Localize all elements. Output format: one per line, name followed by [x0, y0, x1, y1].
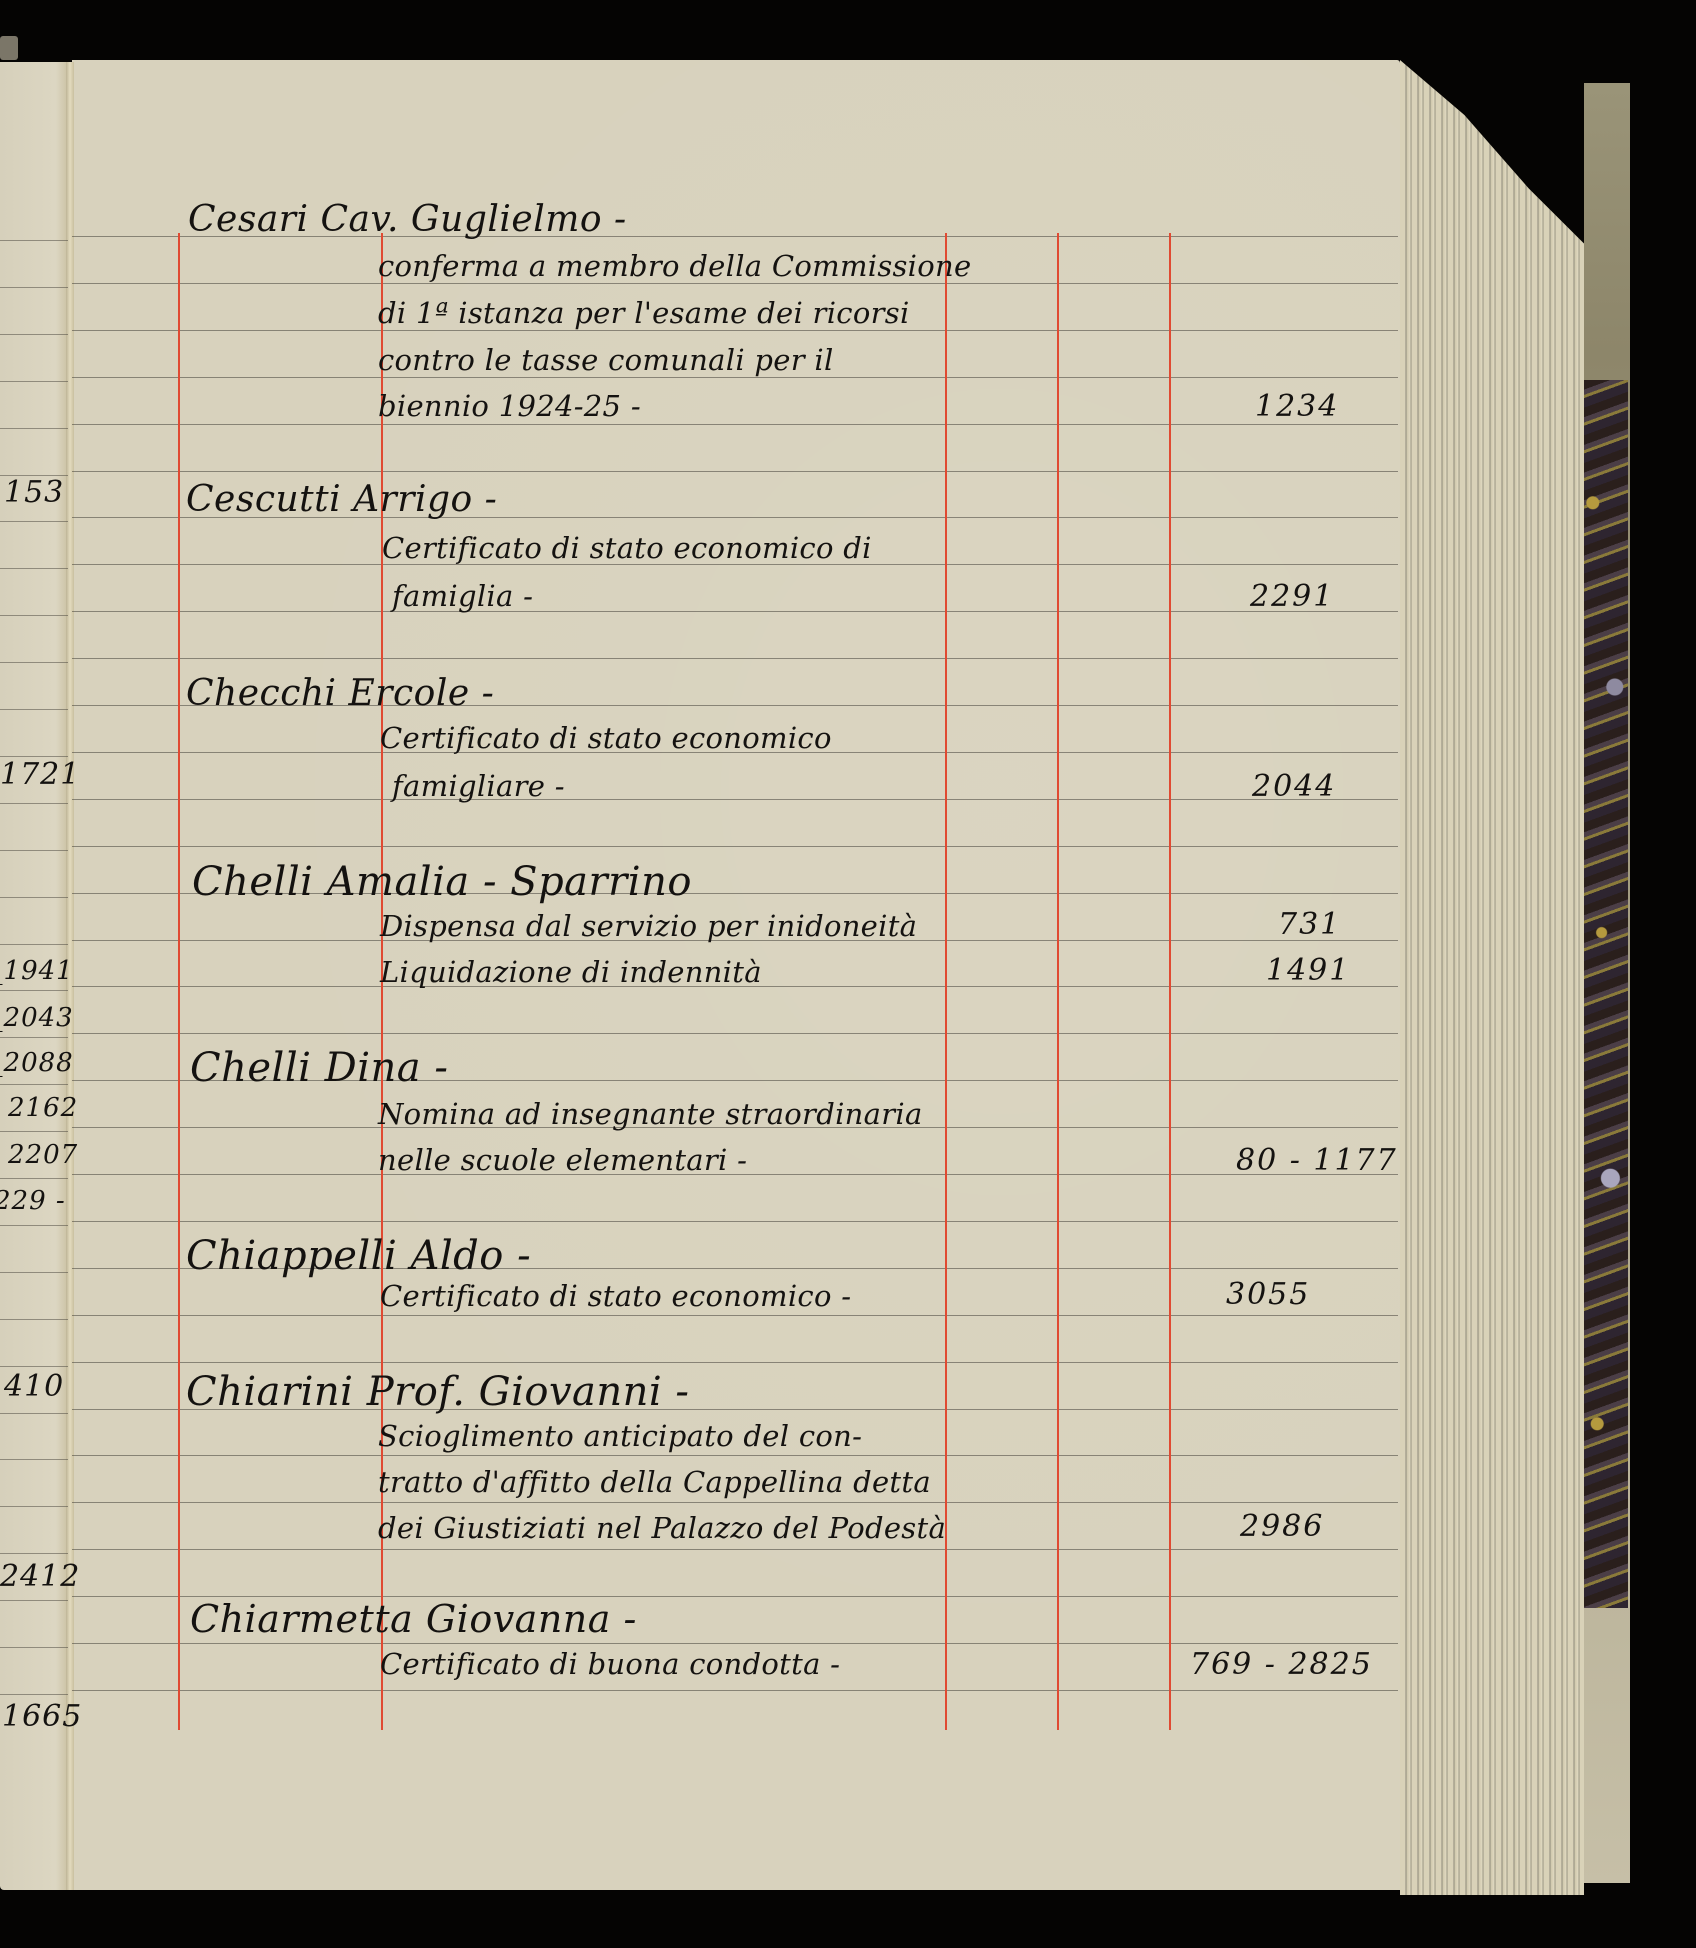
left-fragment: 2_2043: [0, 1005, 74, 1031]
entry-description-line: famiglia -: [392, 582, 533, 611]
entry-reference-number: 731: [1278, 910, 1341, 940]
ruled-line-left-page: [0, 1319, 68, 1320]
entry-name: Chelli Dina -: [190, 1048, 448, 1088]
ruled-line: [72, 658, 1398, 659]
ruled-line-left-page: [0, 1459, 68, 1460]
entry-name: Checchi Ercole -: [186, 676, 494, 712]
entry-description-line: Certificato di buona condotta -: [380, 1650, 840, 1679]
ruled-line-left-page: [0, 897, 68, 898]
entry-description-line: dei Giustiziati nel Palazzo del Podestà: [378, 1514, 946, 1543]
ruled-line-left-page: [0, 1647, 68, 1648]
entry-description-line: biennio 1924-25 -: [378, 392, 641, 421]
entry-description-line: tratto d'affitto della Cappellina detta: [378, 1468, 931, 1497]
ruled-line-left-page: [0, 990, 68, 991]
ruled-line-left-page: [0, 568, 68, 569]
entry-description-line: Certificato di stato economico -: [380, 1282, 851, 1311]
entry-description-line: di 1ª istanza per l'esame dei ricorsi: [378, 299, 910, 328]
left-fragment: 2162: [8, 1095, 78, 1121]
ruled-line: [72, 1455, 1398, 1456]
ruled-line: [72, 1315, 1398, 1316]
left-cover-scrap: [0, 36, 18, 60]
ruled-line-left-page: [0, 615, 68, 616]
entry-description-line: Certificato di stato economico: [380, 724, 832, 753]
ruled-line-left-page: [0, 1366, 68, 1367]
entry-name: Cescutti Arrigo -: [186, 482, 497, 518]
ruled-line: [72, 846, 1398, 847]
ruled-line-left-page: [0, 1131, 68, 1132]
entry-reference-number: 3055: [1226, 1280, 1310, 1310]
ruled-line-left-page: [0, 287, 68, 288]
entry-description-line: nelle scuole elementari -: [378, 1146, 747, 1175]
page-edges-stack: [1400, 60, 1584, 1895]
entry-reference-number: 1234: [1255, 392, 1339, 422]
ruled-line: [72, 471, 1398, 472]
left-fragment: 229 -: [0, 1188, 66, 1214]
entry-name: Chiarmetta Giovanna -: [190, 1600, 637, 1638]
entry-reference-number: 2291: [1250, 582, 1334, 612]
entry-description-line: Liquidazione di indennità: [380, 958, 762, 987]
ruled-line: [72, 1033, 1398, 1034]
left-fragment: 2412: [0, 1562, 80, 1592]
ruled-line: [72, 283, 1398, 284]
entry-name: Cesari Cav. Guglielmo -: [188, 202, 627, 238]
entry-name: Chelli Amalia - Sparrino: [192, 862, 692, 902]
entry-description-line: conferma a membro della Commissione: [378, 252, 971, 281]
entry-description-line: Nomina ad insegnante straordinaria: [378, 1100, 923, 1129]
entry-reference-number: 1491: [1266, 956, 1350, 986]
ruled-line-left-page: [0, 1084, 68, 1085]
ruled-line-left-page: [0, 1037, 68, 1038]
entry-description-line: Scioglimento anticipato del con-: [378, 1422, 862, 1451]
entry-description-line: Certificato di stato economico di: [382, 534, 872, 563]
ruled-line-left-page: [0, 1178, 68, 1179]
ruled-line-left-page: [0, 381, 68, 382]
ruled-line-left-page: [0, 1413, 68, 1414]
ruled-line: [72, 1549, 1398, 1550]
red-column-line-3: [945, 233, 947, 1730]
left-fragment: 153: [4, 478, 64, 508]
entry-description-line: famigliare -: [392, 772, 565, 801]
ruled-line: [72, 1221, 1398, 1222]
ruled-line-left-page: [0, 850, 68, 851]
ruled-line-left-page: [0, 1553, 68, 1554]
left-fragment: 1721: [0, 760, 80, 790]
entry-reference-number: 769 - 2825: [1190, 1650, 1373, 1680]
ruled-line-left-page: [0, 1225, 68, 1226]
red-column-line-4: [1057, 233, 1059, 1730]
ruled-line-left-page: [0, 1506, 68, 1507]
marbled-cover-panel: [1584, 380, 1628, 1608]
entry-reference-number: 2044: [1252, 772, 1336, 802]
left-fragment: 410: [4, 1372, 64, 1402]
ruled-line-left-page: [0, 662, 68, 663]
entry-name: Chiappelli Aldo -: [186, 1236, 531, 1276]
entry-description-line: Dispensa dal servizio per inidoneità: [380, 912, 917, 941]
ruled-line-left-page: [0, 944, 68, 945]
ruled-line-left-page: [0, 521, 68, 522]
ruled-line-left-page: [0, 803, 68, 804]
entry-description-line: contro le tasse comunali per il: [378, 346, 834, 375]
red-column-line-1: [178, 233, 180, 1730]
left-fragment: 0_1941: [0, 958, 74, 984]
ruled-line-left-page: [0, 1600, 68, 1601]
ruled-line: [72, 424, 1398, 425]
entry-name: Chiarini Prof. Giovanni -: [186, 1372, 689, 1412]
ruled-line-left-page: [0, 240, 68, 241]
ruled-line: [72, 1690, 1398, 1691]
ruled-line-left-page: [0, 334, 68, 335]
left-fragment: 5_2088: [0, 1050, 74, 1076]
ruled-line-left-page: [0, 1694, 68, 1695]
ruled-line: [72, 611, 1398, 612]
ruled-line: [72, 1362, 1398, 1363]
red-column-line-5: [1169, 233, 1171, 1730]
ruled-line-left-page: [0, 428, 68, 429]
entry-reference-number: 80 - 1177: [1236, 1146, 1398, 1176]
ruled-line-left-page: [0, 709, 68, 710]
entry-reference-number: 2986: [1240, 1512, 1324, 1542]
ruled-line-left-page: [0, 1272, 68, 1273]
ruled-line: [72, 1502, 1398, 1503]
left-fragment: 1665: [2, 1702, 82, 1732]
ruled-line: [72, 799, 1398, 800]
ruled-line: [72, 1643, 1398, 1644]
left-fragment: 2207: [8, 1142, 78, 1168]
